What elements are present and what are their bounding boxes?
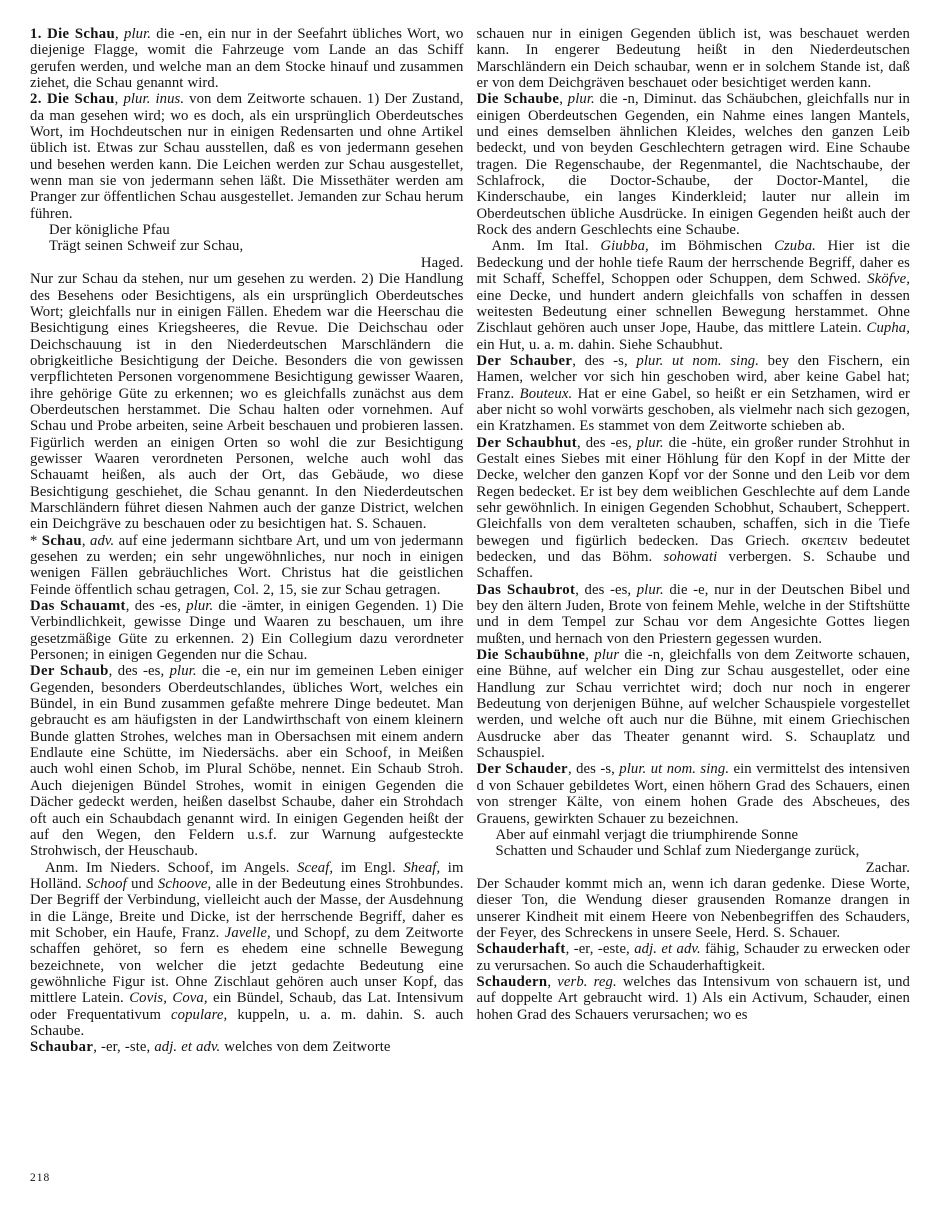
headword: Schaudern [477,974,548,990]
headword: Das Schauamt [30,598,126,614]
dictionary-entry: 2. Die Schau, plur. inus. von dem Zeitwo… [30,91,464,222]
text-run: die -n, gleichfalls von dem Zeitworte sc… [477,647,911,761]
text-run: Der Schauder kommt mich an, wenn ich dar… [477,876,911,941]
text-run: Der königliche Pfau [49,222,170,238]
text-run: Trägt seinen Schweif zur Schau, [49,238,243,254]
italic-text-run: Sköfve, [867,271,910,287]
left-column: 1. Die Schau, plur. die -en, ein nur in … [30,26,464,1056]
text-run: und [127,876,158,892]
text-run: die -hüte, ein großer runder Strohhut in… [477,435,911,565]
text-run: Zachar. [866,860,910,876]
dictionary-entry: Schauderhaft, -er, -este, adj. et adv. f… [477,941,911,974]
text-run: schauen nur in einigen Gegenden üblich i… [477,26,911,91]
continuation-paragraph: Der Schauder kommt mich an, wenn ich dar… [477,876,911,941]
text-run: die -n, Diminut. das Schäubchen, gleichf… [477,91,911,238]
text-run: ein Hut, u. a. m. dahin. Siehe Schaubhut… [477,337,723,353]
italic-text-run: sohowati [664,549,718,565]
text-run: , [115,26,124,42]
text-run: , des -es, [577,435,637,451]
headword: Das Schaubrot [477,582,576,598]
italic-text-run: Sheaf, [403,860,440,876]
note-paragraph: Anm. Im Ital. Giubba, im Böhmischen Czub… [477,238,911,352]
italic-text-run: Schoof [86,876,127,892]
text-run: , des -s, [572,353,636,369]
italic-text-run: plur. [170,663,197,679]
headword: Der Schauber [477,353,573,369]
text-run: * [30,533,42,549]
headword: Der Schaubhut [477,435,578,451]
headword: Der Schaub [30,663,109,679]
text-run: eine Decke, und hundert andern gleichfal… [477,288,911,337]
italic-text-run: plur. inus. [123,91,184,107]
italic-text-run: Cupha, [867,320,910,336]
dictionary-entry: Der Schaub, des -es, plur. die -e, ein n… [30,663,464,859]
text-run: , [82,533,90,549]
right-column: schauen nur in einigen Gegenden üblich i… [477,26,911,1056]
continuation-paragraph: schauen nur in einigen Gegenden üblich i… [477,26,911,91]
dictionary-entry: Der Schauder, des -s, plur. ut nom. sing… [477,761,911,826]
italic-text-run: Czuba. [774,238,816,254]
dictionary-entry: Die Schaube, plur. die -n, Diminut. das … [477,91,911,238]
verse-attribution: Haged. [30,255,464,271]
text-run: , des -es, [126,598,186,614]
two-column-text-block: 1. Die Schau, plur. die -en, ein nur in … [30,26,910,1056]
italic-text-run: copulare, [171,1007,227,1023]
note-paragraph: Anm. Im Nieders. Schoof, im Angels. Scea… [30,860,464,1040]
headword: 1. Die Schau [30,26,115,42]
italic-text-run: adj. et adv. [154,1039,220,1055]
dictionary-entry: Schaudern, verb. reg. welches das Intens… [477,974,911,1023]
italic-text-run: plur. [568,91,595,107]
italic-text-run: plur. [186,598,213,614]
text-run: Anm. Im Ital. [492,238,601,254]
headword: Die Schaube [477,91,560,107]
italic-text-run: Bouteux. [520,386,573,402]
text-run: , des -es, [109,663,170,679]
text-run: , [547,974,557,990]
text-run: , des -es, [575,582,637,598]
text-run: von dem Zeitworte schauen. 1) Der Zustan… [30,91,464,221]
text-run: Aber auf einmahl verjagt die triumphiren… [496,827,799,843]
verse-line: Der königliche Pfau [30,222,464,238]
verse-line: Trägt seinen Schweif zur Schau, [30,238,464,254]
text-run: die -e, ein nur im gemeinen Leben einige… [30,663,464,859]
dictionary-page: 1. Die Schau, plur. die -en, ein nur in … [0,0,935,1210]
text-run: , -er, -ste, [93,1039,154,1055]
italic-text-run: adj. et adv. [634,941,701,957]
dictionary-entry: 1. Die Schau, plur. die -en, ein nur in … [30,26,464,91]
text-run: Anm. Im Nieders. Schoof, im Angels. [45,860,297,876]
italic-text-run: plur. [637,582,664,598]
headword: Schaubar [30,1039,93,1055]
italic-text-run: plur. ut nom. sing. [636,353,759,369]
italic-text-run: Sceaf, [297,860,333,876]
verse-attribution: Zachar. [477,860,911,876]
dictionary-entry: Der Schaubhut, des -es, plur. die -hüte,… [477,435,911,582]
italic-text-run: Javelle, [225,925,271,941]
text-run: Nur zur Schau da stehen, nur um gesehen … [30,271,464,532]
dictionary-entry: Die Schaubühne, plur die -n, gleichfalls… [477,647,911,761]
dictionary-entry: Das Schauamt, des -es, plur. die -ämter,… [30,598,464,663]
verse-line: Aber auf einmahl verjagt die triumphiren… [477,827,911,843]
italic-text-run: adv. [90,533,114,549]
text-run: , [559,91,568,107]
text-run: , des -s, [568,761,619,777]
italic-text-run: Schoove, [158,876,211,892]
italic-text-run: verb. reg. [557,974,616,990]
italic-text-run: plur [594,647,619,663]
headword: Schauderhaft [477,941,566,957]
text-run: , [585,647,594,663]
headword: Die Schaubühne [477,647,586,663]
continuation-paragraph: Nur zur Schau da stehen, nur um gesehen … [30,271,464,533]
italic-text-run: plur. [637,435,664,451]
text-run: im Böhmischen [649,238,774,254]
headword: Der Schauder [477,761,568,777]
dictionary-entry: Der Schauber, des -s, plur. ut nom. sing… [477,353,911,435]
text-run: , -er, -este, [566,941,635,957]
italic-text-run: plur. ut nom. sing. [619,761,729,777]
text-run: im Engl. [333,860,403,876]
italic-text-run: Covis, Cova, [129,990,207,1006]
verse-line: Schatten und Schauder und Schlaf zum Nie… [477,843,911,859]
text-run: welches von dem Zeitworte [220,1039,390,1055]
headword: 2. Die Schau [30,91,115,107]
text-run: Schatten und Schauder und Schlaf zum Nie… [496,843,860,859]
italic-text-run: plur. [124,26,151,42]
headword: Schau [42,533,82,549]
dictionary-entry: * Schau, adv. auf eine jedermann sichtba… [30,533,464,598]
italic-text-run: Giubba, [600,238,648,254]
text-run: Haged. [421,255,464,271]
page-number: 218 [30,1170,50,1186]
dictionary-entry: Das Schaubrot, des -es, plur. die -e, nu… [477,582,911,647]
dictionary-entry: Schaubar, -er, -ste, adj. et adv. welche… [30,1039,464,1055]
